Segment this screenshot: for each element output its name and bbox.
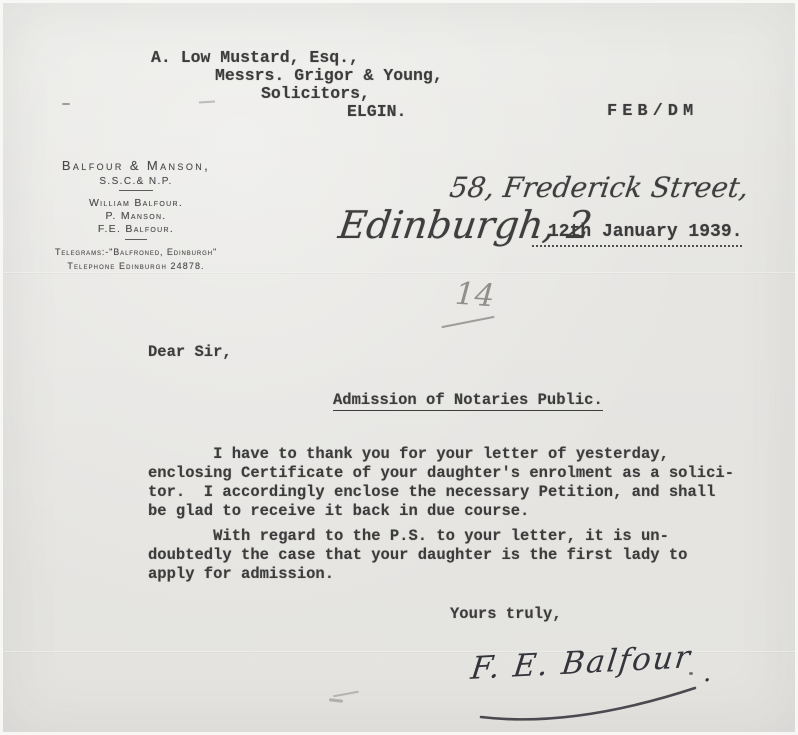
telephone-line: Telephone Edinburgh 24878. [31, 261, 241, 271]
recipient-line: Solicitors, [261, 85, 370, 103]
subject-heading-text: Admission of Notaries Public. [333, 391, 603, 411]
letterhead: Balfour & Manson, S.S.C.& N.P. William B… [31, 158, 241, 271]
typed-line: With regard to the P.S. to your letter, … [148, 527, 688, 546]
letter-date-text: 12th January 1939. [532, 222, 742, 247]
recipient-line: ELGIN. [347, 103, 406, 121]
typed-line: enclosing Certificate of your daughter's… [148, 464, 734, 483]
pencil-annotation: 14 [454, 276, 496, 315]
sender-street: 58, Frederick Street, [448, 171, 751, 204]
pencil-smudge [333, 691, 359, 697]
letter-date: 12th January 1939. [548, 222, 742, 242]
pencil-annotation-underline [441, 316, 494, 328]
subject-heading: Admission of Notaries Public. [333, 391, 603, 410]
paper-fold-line [3, 272, 798, 274]
paragraph-2: With regard to the P.S. to your letter, … [148, 527, 688, 584]
typed-line: apply for admission. [148, 565, 688, 584]
paper-speck [62, 103, 70, 105]
signature-flourish [473, 681, 705, 723]
recipient-line: A. Low Mustard, Esq., [151, 49, 359, 67]
telegrams-line: Telegrams:-"Balfroned, Edinburgh" [31, 247, 241, 257]
recipient-line: Messrs. Grigor & Young, [215, 67, 443, 85]
pencil-smudge [329, 698, 343, 702]
signature-name: F. E. Balfour [469, 639, 694, 687]
typed-line: be glad to receive it back in due course… [148, 502, 734, 521]
salutation: Dear Sir, [148, 343, 232, 362]
partner-name: William Balfour. [31, 197, 241, 209]
typed-line: tor. I accordingly enclose the necessary… [148, 483, 734, 502]
typed-line: doubtedly the case that your daughter is… [148, 546, 688, 565]
complimentary-close: Yours truly, [450, 605, 562, 624]
letterhead-rule [119, 190, 153, 191]
typist-reference: FEB/DM [607, 102, 698, 121]
partner-name: F.E. Balfour. [31, 223, 241, 235]
letter-page: A. Low Mustard, Esq., Messrs. Grigor & Y… [0, 0, 798, 735]
firm-name: Balfour & Manson, [31, 158, 241, 173]
letterhead-rule [125, 239, 147, 240]
paragraph-1: I have to thank you for your letter of y… [148, 445, 734, 521]
partner-name: P. Manson. [31, 210, 241, 222]
paper-speck [689, 672, 693, 675]
typed-line: I have to thank you for your letter of y… [148, 445, 734, 464]
pencil-smudge [199, 100, 215, 103]
firm-designation: S.S.C.& N.P. [31, 176, 241, 187]
